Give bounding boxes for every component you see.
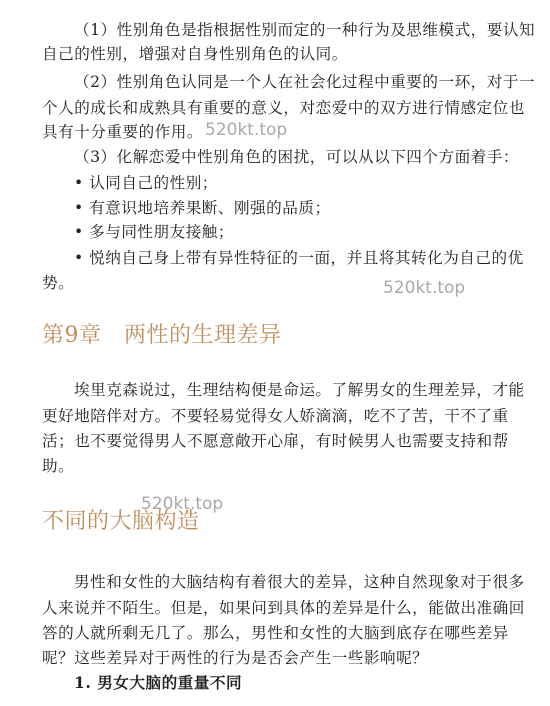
paragraph-line: （2）性别角色认同是一个人在社会化过程中重要的一环，对于一 xyxy=(74,72,535,92)
bullet-item: • 有意识地培养果断、刚强的品质； xyxy=(74,198,331,218)
bullet-continuation: 势。 xyxy=(42,273,74,293)
watermark: 520kt.top xyxy=(141,494,223,514)
paragraph-line: 个人的成长和成熟具有重要的意义，对恋爱中的双方进行情感定位也 xyxy=(42,98,525,118)
paragraph-line: 呢？这些差异对于两性的行为是否会产生一些影响呢？ xyxy=(42,648,428,668)
paragraph-line: 埃里克森说过，生理结构便是命运。了解男女的生理差异，才能 xyxy=(74,380,525,400)
watermark: 520kt.top xyxy=(383,278,465,298)
paragraph-line: 自己的性别，增强对自身性别角色的认同。 xyxy=(42,44,348,64)
chapter-title: 第9章 两性的生理差异 xyxy=(42,322,282,350)
bullet-item: • 多与同性朋友接触； xyxy=(74,222,234,242)
paragraph-line: 答的人就所剩无几了。那么，男性和女性的大脑到底存在哪些差异 xyxy=(42,623,509,643)
paragraph-line: 活；也不要觉得男人不愿意敞开心扉，有时候男人也需要支持和帮 xyxy=(42,431,509,451)
paragraph-line: 助。 xyxy=(42,456,74,476)
watermark: 520kt.top xyxy=(205,120,287,140)
paragraph-line: 更好地陪伴对方。不要轻易觉得女人娇滴滴，吃不了苦，干不了重 xyxy=(42,406,509,426)
paragraph-line: 男性和女性的大脑结构有着很大的差异，这种自然现象对于很多 xyxy=(74,572,525,592)
numbered-item: 1. 男女大脑的重量不同 xyxy=(74,673,242,693)
paragraph-line: 人来说并不陌生。但是，如果问到具体的差异是什么，能做出准确回 xyxy=(42,598,525,618)
paragraph-line: （3）化解恋爱中性别角色的困扰，可以从以下四个方面着手： xyxy=(74,147,519,167)
bullet-item: • 认同自己的性别； xyxy=(74,173,218,193)
paragraph-line: （1）性别角色是指根据性别而定的一种行为及思维模式，要认知 xyxy=(74,20,535,40)
paragraph-line: 具有十分重要的作用。 xyxy=(42,122,203,142)
bullet-item: • 悦纳自己身上带有异性特征的一面，并且将其转化为自己的优 xyxy=(74,248,524,268)
